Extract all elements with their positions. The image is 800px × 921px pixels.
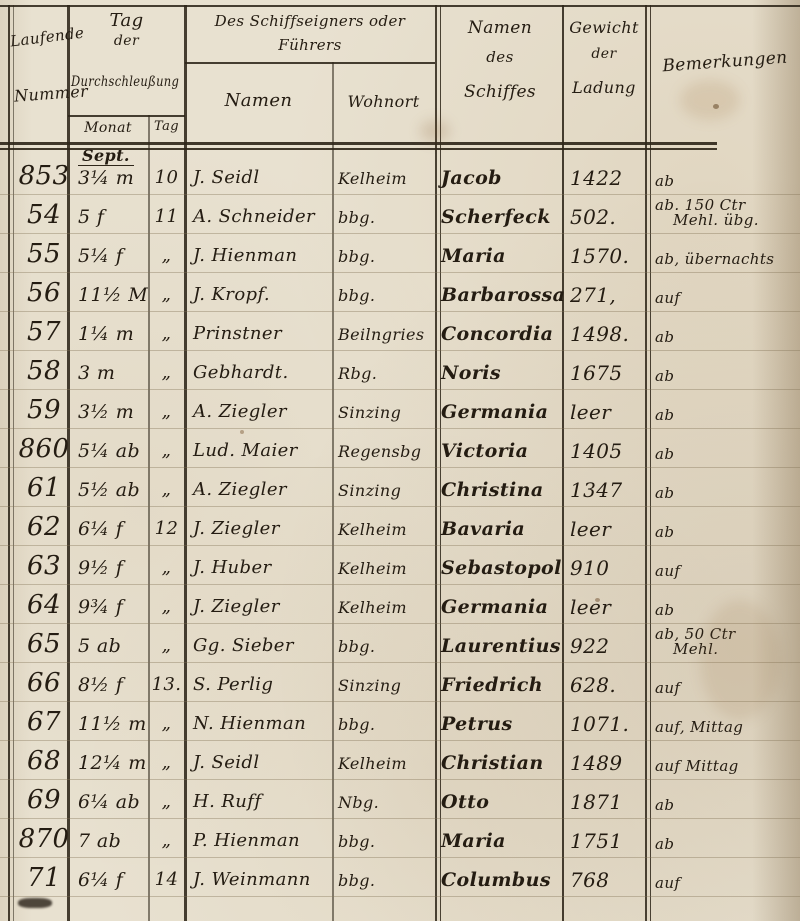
cell-gewicht: 1422 <box>562 165 645 194</box>
cell-bemerkung: ab <box>645 174 800 194</box>
cell-schiffer-name: N. Hienman <box>185 711 332 740</box>
cell-schiffsname: Maria <box>435 828 562 857</box>
cell-schiffer-name: A. Ziegler <box>185 477 332 506</box>
cell-wohnort: Kelheim <box>332 596 435 623</box>
cell-wohnort: bbg. <box>332 830 435 857</box>
cell-schiffsname: Friedrich <box>435 672 562 701</box>
cell-schiffsname: Petrus <box>435 711 562 740</box>
col-header-gewicht: Gewicht <box>563 18 645 37</box>
table-row: 55 5¼ f „ J. Hienman bbg. Maria 1570. ab… <box>0 234 800 273</box>
col-header-der-ladung: der <box>563 46 645 62</box>
cell-wohnort: Sinzing <box>332 479 435 506</box>
bemerkung-line2: Mehl. übg. <box>655 213 800 228</box>
cell-wohnort: Kelheim <box>332 557 435 584</box>
col-header-tag: Tag <box>68 10 185 31</box>
cell-bemerkung: auf <box>645 681 800 701</box>
cell-bemerkung: auf <box>645 876 800 896</box>
col-header-namen-schiff: Namen <box>438 18 562 38</box>
cell-schiffsname: Jacob <box>435 165 562 194</box>
cell-bemerkung: ab, 50 Ctr Mehl. <box>645 627 800 662</box>
table-row: 870 7 ab „ P. Hienman bbg. Maria 1751 ab <box>0 819 800 858</box>
cell-bemerkung: ab <box>645 798 800 818</box>
cell-tag: „ <box>148 750 185 779</box>
paper-stain <box>680 80 740 120</box>
cell-bemerkung: ab <box>645 369 800 389</box>
cell-schiffer-name: J. Seidl <box>185 165 332 194</box>
cell-laufende-nummer: 63 <box>10 551 78 584</box>
cell-wohnort: bbg. <box>332 245 435 272</box>
cell-schiffer-name: A. Ziegler <box>185 399 332 428</box>
cell-bemerkung: auf Mittag <box>645 759 800 779</box>
col-header-tag-der: der <box>68 33 185 49</box>
cell-zeit: 11½ M <box>68 282 148 311</box>
cell-laufende-nummer: 870 <box>10 824 78 857</box>
bemerkung-line1: ab <box>655 172 674 190</box>
cell-gewicht: 1489 <box>562 750 645 779</box>
cell-zeit: 3 m <box>68 360 148 389</box>
cell-schiffsname: Barbarossa <box>435 282 562 311</box>
table-row: 860 5¼ ab „ Lud. Maier Regensbg Victoria… <box>0 429 800 468</box>
cell-gewicht: leer <box>562 594 645 623</box>
cell-zeit: 9¾ f <box>68 594 148 623</box>
bemerkung-line1: auf Mittag <box>655 757 739 775</box>
cell-zeit: 11½ m <box>68 711 148 740</box>
cell-gewicht: 1405 <box>562 438 645 467</box>
cell-zeit: 9½ f <box>68 555 148 584</box>
cell-laufende-nummer: 853 <box>10 161 78 194</box>
bemerkung-line1: ab <box>655 484 674 502</box>
cell-schiffer-name: J. Ziegler <box>185 516 332 545</box>
col-header-schiffseigner: Des Schiffseigners oder <box>185 12 435 30</box>
cell-gewicht: 271, <box>562 282 645 311</box>
table-row: 67 11½ m „ N. Hienman bbg. Petrus 1071. … <box>0 702 800 741</box>
cell-schiffsname: Germania <box>435 399 562 428</box>
grid-hline-top <box>0 5 800 7</box>
cell-zeit: 6¼ f <box>68 516 148 545</box>
cell-gewicht: 1498. <box>562 321 645 350</box>
cell-gewicht: 1347 <box>562 477 645 506</box>
cell-schiffer-name: S. Perlig <box>185 672 332 701</box>
cell-gewicht: 922 <box>562 633 645 662</box>
cell-wohnort: bbg. <box>332 869 435 896</box>
cell-zeit: 5¼ ab <box>68 438 148 467</box>
table-row: 62 6¼ f 12 J. Ziegler Kelheim Bavaria le… <box>0 507 800 546</box>
cell-schiffer-name: J. Kropf. <box>185 282 332 311</box>
table-row: 66 8½ f 13. S. Perlig Sinzing Friedrich … <box>0 663 800 702</box>
cell-schiffer-name: J. Seidl <box>185 750 332 779</box>
table-row: 71 6¼ f 14 J. Weinmann bbg. Columbus 768… <box>0 858 800 897</box>
table-row: 58 3 m „ Gebhardt. Rbg. Noris 1675 ab <box>0 351 800 390</box>
cell-bemerkung: auf <box>645 564 800 584</box>
cell-schiffsname: Germania <box>435 594 562 623</box>
cell-wohnort: bbg. <box>332 284 435 311</box>
cell-tag: 12 <box>148 516 185 545</box>
cell-wohnort: Rbg. <box>332 362 435 389</box>
cell-tag: 11 <box>148 204 185 233</box>
cell-wohnort: bbg. <box>332 206 435 233</box>
cell-tag: „ <box>148 360 185 389</box>
cell-laufende-nummer: 65 <box>10 629 78 662</box>
cell-gewicht: leer <box>562 516 645 545</box>
cell-schiffsname: Noris <box>435 360 562 389</box>
cell-laufende-nummer: 54 <box>10 200 78 233</box>
cell-schiffer-name: J. Huber <box>185 555 332 584</box>
cell-schiffer-name: Prinstner <box>185 321 332 350</box>
cell-bemerkung: ab <box>645 525 800 545</box>
bemerkung-line1: ab <box>655 328 674 346</box>
cell-laufende-nummer: 55 <box>10 239 78 272</box>
cell-bemerkung: ab, übernachts <box>645 252 800 272</box>
cell-bemerkung: auf <box>645 291 800 311</box>
cell-tag: „ <box>148 438 185 467</box>
cell-schiffsname: Otto <box>435 789 562 818</box>
cell-bemerkung: ab <box>645 486 800 506</box>
cell-tag: 10 <box>148 165 185 194</box>
bemerkung-line1: ab <box>655 796 674 814</box>
cell-schiffsname: Sebastopol <box>435 555 562 584</box>
cell-gewicht: 502. <box>562 204 645 233</box>
cell-gewicht: 1675 <box>562 360 645 389</box>
cell-tag: „ <box>148 555 185 584</box>
bemerkung-line2: Mehl. <box>655 642 800 657</box>
cell-laufende-nummer: 58 <box>10 356 78 389</box>
cell-gewicht: leer <box>562 399 645 428</box>
paper-speck <box>713 104 719 109</box>
bemerkung-line1: auf <box>655 289 680 307</box>
cell-tag: „ <box>148 399 185 428</box>
cell-tag: „ <box>148 282 185 311</box>
cell-schiffsname: Maria <box>435 243 562 272</box>
cell-tag: „ <box>148 321 185 350</box>
bemerkung-line1: auf <box>655 874 680 892</box>
cell-schiffer-name: A. Schneider <box>185 204 332 233</box>
cell-gewicht: 628. <box>562 672 645 701</box>
ledger-page: Laufende Nummer Tag der Durchschleußung … <box>0 0 800 921</box>
cell-bemerkung: auf, Mittag <box>645 720 800 740</box>
cell-schiffsname: Laurentius <box>435 633 562 662</box>
cell-laufende-nummer: 62 <box>10 512 78 545</box>
cell-schiffer-name: Gg. Sieber <box>185 633 332 662</box>
col-header-des-schiff: des <box>438 48 562 66</box>
cell-bemerkung: ab <box>645 603 800 623</box>
cell-gewicht: 910 <box>562 555 645 584</box>
cell-laufende-nummer: 64 <box>10 590 78 623</box>
bemerkung-line1: ab <box>655 601 674 619</box>
cell-wohnort: Regensbg <box>332 440 435 467</box>
col-subheader-wohnort: Wohnort <box>332 92 435 111</box>
cell-laufende-nummer: 57 <box>10 317 78 350</box>
bemerkung-line1: ab <box>655 367 674 385</box>
bemerkung-line1: auf <box>655 679 680 697</box>
page-edge-mark <box>18 898 52 908</box>
bemerkung-line1: auf <box>655 562 680 580</box>
cell-schiffer-name: J. Hienman <box>185 243 332 272</box>
table-row: 68 12¼ m „ J. Seidl Kelheim Christian 14… <box>0 741 800 780</box>
cell-gewicht: 768 <box>562 867 645 896</box>
cell-tag: „ <box>148 594 185 623</box>
table-row: 69 6¼ ab „ H. Ruff Nbg. Otto 1871 ab <box>0 780 800 819</box>
cell-gewicht: 1751 <box>562 828 645 857</box>
cell-wohnort: Kelheim <box>332 518 435 545</box>
col-header-durchschleusung: Durchschleußung <box>71 74 179 90</box>
cell-zeit: 3½ m <box>68 399 148 428</box>
cell-tag: 14 <box>148 867 185 896</box>
cell-schiffer-name: Gebhardt. <box>185 360 332 389</box>
cell-tag: „ <box>148 633 185 662</box>
cell-schiffsname: Christian <box>435 750 562 779</box>
table-body: 853 3¼ m 10 J. Seidl Kelheim Jacob 1422 … <box>0 156 800 897</box>
cell-zeit: 1¼ m <box>68 321 148 350</box>
cell-zeit: 3¼ m <box>68 165 148 194</box>
cell-bemerkung: ab <box>645 837 800 857</box>
cell-tag: „ <box>148 789 185 818</box>
cell-zeit: 6¼ ab <box>68 789 148 818</box>
table-row: 59 3½ m „ A. Ziegler Sinzing Germania le… <box>0 390 800 429</box>
cell-laufende-nummer: 860 <box>10 434 78 467</box>
cell-schiffsname: Victoria <box>435 438 562 467</box>
month-label: Sept. <box>78 146 134 166</box>
cell-schiffer-name: J. Weinmann <box>185 867 332 896</box>
cell-gewicht: 1570. <box>562 243 645 272</box>
cell-laufende-nummer: 71 <box>10 863 78 896</box>
col-subheader-tag: Tag <box>148 119 185 134</box>
cell-wohnort: Kelheim <box>332 752 435 779</box>
table-row: 61 5½ ab „ A. Ziegler Sinzing Christina … <box>0 468 800 507</box>
cell-zeit: 5½ ab <box>68 477 148 506</box>
cell-wohnort: Sinzing <box>332 401 435 428</box>
col-header-fuehrers: Führers <box>185 36 435 54</box>
cell-schiffer-name: J. Ziegler <box>185 594 332 623</box>
cell-zeit: 12¼ m <box>68 750 148 779</box>
cell-schiffer-name: P. Hienman <box>185 828 332 857</box>
cell-gewicht: 1071. <box>562 711 645 740</box>
table-row: 54 5 f 11 A. Schneider bbg. Scherfeck 50… <box>0 195 800 234</box>
cell-bemerkung: ab. 150 Ctr Mehl. übg. <box>645 198 800 233</box>
cell-tag: „ <box>148 243 185 272</box>
table-row: 56 11½ M „ J. Kropf. bbg. Barbarossa 271… <box>0 273 800 312</box>
cell-schiffer-name: H. Ruff <box>185 789 332 818</box>
cell-zeit: 8½ f <box>68 672 148 701</box>
cell-tag: 13. <box>148 672 185 701</box>
bemerkung-line1: ab <box>655 523 674 541</box>
cell-zeit: 5 ab <box>68 633 148 662</box>
bemerkung-line1: ab, übernachts <box>655 250 774 268</box>
cell-tag: „ <box>148 711 185 740</box>
table-row: 57 1¼ m „ Prinstner Beilngries Concordia… <box>0 312 800 351</box>
col-subheader-namen: Namen <box>185 90 332 111</box>
cell-laufende-nummer: 69 <box>10 785 78 818</box>
cell-schiffsname: Christina <box>435 477 562 506</box>
cell-laufende-nummer: 56 <box>10 278 78 311</box>
cell-tag: „ <box>148 477 185 506</box>
col-header-schiffes: Schiffes <box>438 82 562 102</box>
cell-schiffer-name: Lud. Maier <box>185 438 332 467</box>
cell-bemerkung: ab <box>645 330 800 350</box>
cell-laufende-nummer: 68 <box>10 746 78 779</box>
cell-schiffsname: Concordia <box>435 321 562 350</box>
grid-hline-monat-sub <box>68 115 185 117</box>
cell-zeit: 7 ab <box>68 828 148 857</box>
cell-wohnort: bbg. <box>332 713 435 740</box>
cell-wohnort: Nbg. <box>332 791 435 818</box>
col-header-bemerkungen: Bemerkungen <box>649 47 800 77</box>
cell-schiffsname: Bavaria <box>435 516 562 545</box>
cell-wohnort: Beilngries <box>332 323 435 350</box>
cell-zeit: 5 f <box>68 204 148 233</box>
grid-hline-schiffer-sub <box>185 62 435 64</box>
cell-wohnort: Sinzing <box>332 674 435 701</box>
bemerkung-line1: auf, Mittag <box>655 718 743 736</box>
col-header-ladung: Ladung <box>563 78 645 97</box>
table-row: 64 9¾ f „ J. Ziegler Kelheim Germania le… <box>0 585 800 624</box>
cell-laufende-nummer: 66 <box>10 668 78 701</box>
cell-gewicht: 1871 <box>562 789 645 818</box>
cell-laufende-nummer: 61 <box>10 473 78 506</box>
table-row: 65 5 ab „ Gg. Sieber bbg. Laurentius 922… <box>0 624 800 663</box>
cell-bemerkung: ab <box>645 408 800 428</box>
cell-wohnort: bbg. <box>332 635 435 662</box>
cell-bemerkung: ab <box>645 447 800 467</box>
col-subheader-monat: Monat <box>68 120 148 136</box>
cell-tag: „ <box>148 828 185 857</box>
bemerkung-line1: ab <box>655 406 674 424</box>
bemerkung-line1: ab <box>655 835 674 853</box>
cell-wohnort: Kelheim <box>332 167 435 194</box>
cell-schiffsname: Scherfeck <box>435 204 562 233</box>
cell-schiffsname: Columbus <box>435 867 562 896</box>
table-row: 63 9½ f „ J. Huber Kelheim Sebastopol 91… <box>0 546 800 585</box>
cell-zeit: 5¼ f <box>68 243 148 272</box>
cell-laufende-nummer: 59 <box>10 395 78 428</box>
bemerkung-line1: ab <box>655 445 674 463</box>
cell-zeit: 6¼ f <box>68 867 148 896</box>
cell-laufende-nummer: 67 <box>10 707 78 740</box>
